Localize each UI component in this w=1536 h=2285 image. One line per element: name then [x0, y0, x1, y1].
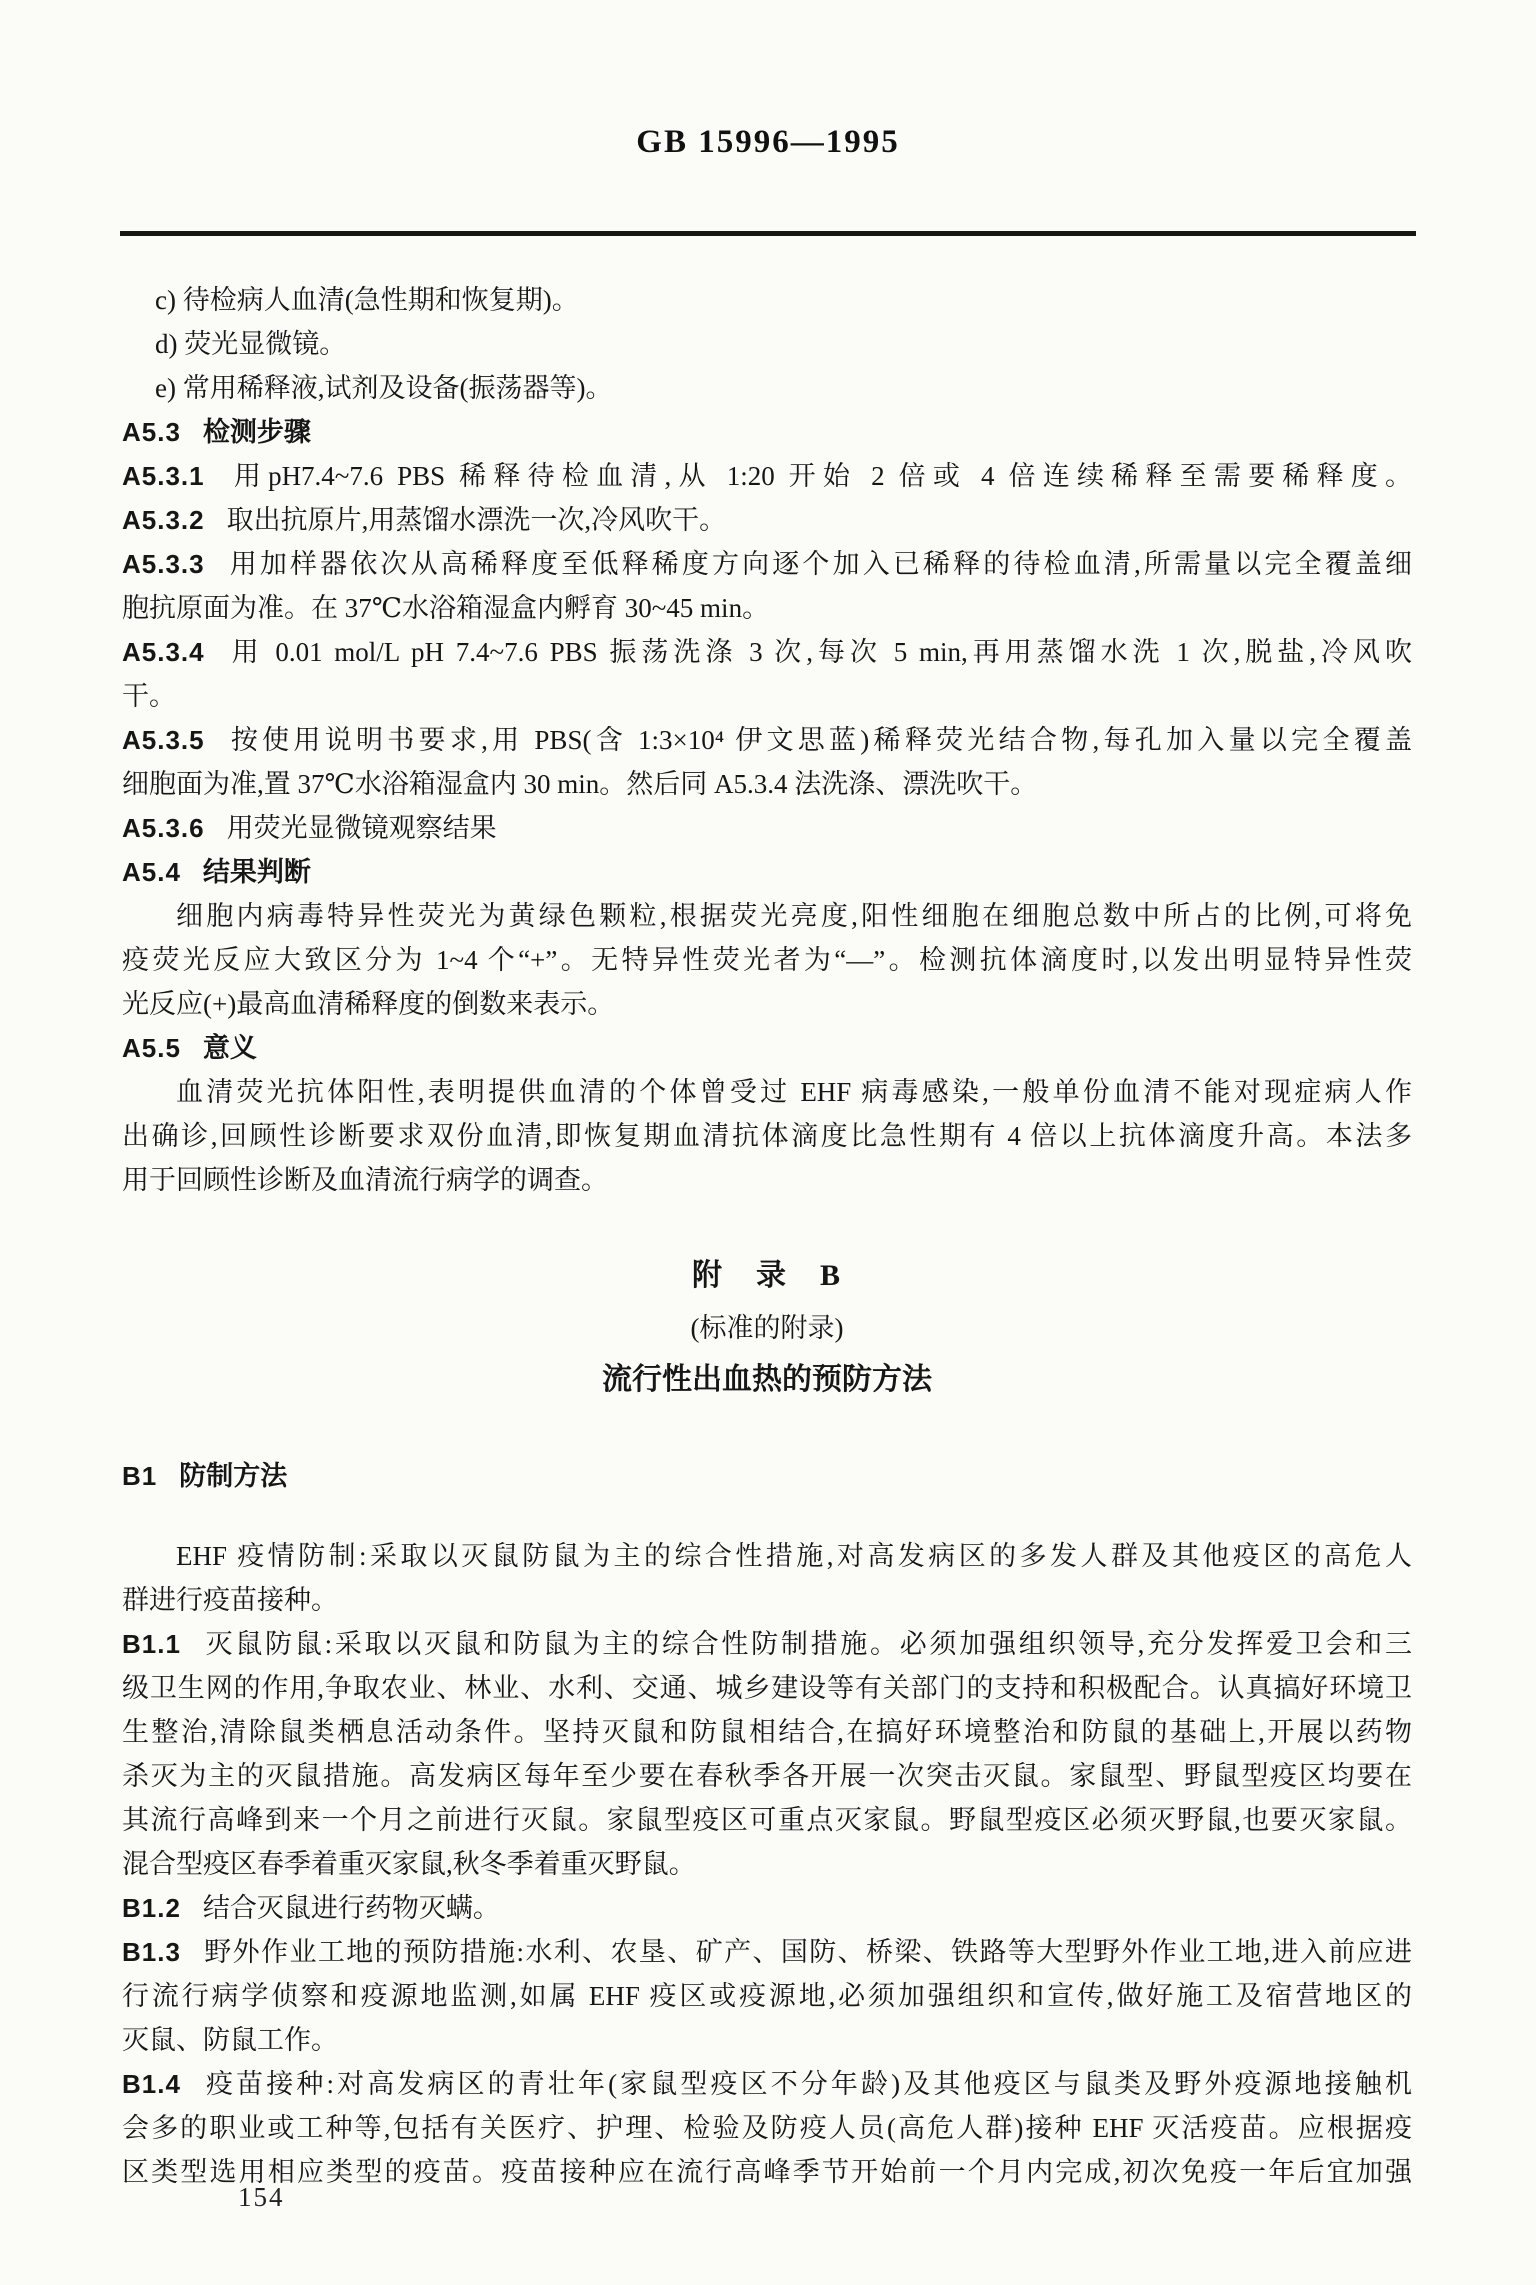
section-text: 意义: [203, 1033, 257, 1063]
text-line: 行流行病学侦察和疫源地监测,如属 EHF 疫区或疫源地,必须加强组织和宣传,做好…: [122, 1974, 1412, 2018]
section-number: A5.3.2: [122, 505, 205, 535]
section-heading: A5.5意义: [122, 1026, 1412, 1070]
text-line: 细胞内病毒特异性荧光为黄绿色颗粒,根据荧光亮度,阳性细胞在细胞总数中所占的比例,…: [122, 894, 1412, 938]
text-line: 干。: [122, 674, 1412, 718]
document-page: GB 15996—1995 c) 待检病人血清(急性期和恢复期)。d) 荧光显微…: [0, 0, 1536, 2285]
section-text: 结合灭鼠进行药物灭螨。: [203, 1893, 500, 1923]
text-line: e) 常用稀释液,试剂及设备(振荡器等)。: [122, 366, 1412, 410]
text-line: B1.1灭鼠防鼠:采取以灭鼠和防鼠为主的综合性防制措施。必须加强组织领导,充分发…: [122, 1622, 1412, 1666]
page-number: 154: [238, 2182, 285, 2213]
text-line: A5.3.2取出抗原片,用蒸馏水漂洗一次,冷风吹干。: [122, 498, 1412, 542]
text-line: 疫荧光反应大致区分为 1~4 个“+”。无特异性荧光者为“—”。检测抗体滴度时,…: [122, 938, 1412, 982]
text-line: d) 荧光显微镜。: [122, 322, 1412, 366]
text-line: 杀灭为主的灭鼠措施。高发病区每年至少要在春秋季各开展一次突击灭鼠。家鼠型、野鼠型…: [122, 1754, 1412, 1798]
text-line: B1.4疫苗接种:对高发病区的青壮年(家鼠型疫区不分年龄)及其他疫区与鼠类及野外…: [122, 2062, 1412, 2106]
section-number: A5.3.3: [122, 549, 205, 579]
text-line: A5.3.1用pH7.4~7.6 PBS 稀释待检血清,从 1:20 开始 2 …: [122, 454, 1412, 498]
section-text: 野外作业工地的预防措施:水利、农垦、矿产、国防、桥梁、铁路等大型野外作业工地,进…: [203, 1937, 1412, 1967]
section-number: B1.1: [122, 1629, 181, 1659]
section-number: A5.4: [122, 857, 181, 887]
text-line: B1.3野外作业工地的预防措施:水利、农垦、矿产、国防、桥梁、铁路等大型野外作业…: [122, 1930, 1412, 1974]
section-heading: B1防制方法: [122, 1454, 1412, 1498]
section-number: A5.5: [122, 1033, 181, 1063]
section-number: A5.3.5: [122, 725, 205, 755]
text-line: 附 录 B: [122, 1250, 1412, 1302]
section-text: 防制方法: [179, 1461, 287, 1491]
text-line: 胞抗原面为准。在 37℃水浴箱湿盒内孵育 30~45 min。: [122, 586, 1412, 630]
text-line: 级卫生网的作用,争取农业、林业、水利、交通、城乡建设等有关部门的支持和积极配合。…: [122, 1666, 1412, 1710]
text-line: A5.3.4用 0.01 mol/L pH 7.4~7.6 PBS 振荡洗涤 3…: [122, 630, 1412, 674]
section-text: 取出抗原片,用蒸馏水漂洗一次,冷风吹干。: [227, 505, 727, 535]
text-line: A5.3.3用加样器依次从高稀释度至低释稀度方向逐个加入已稀释的待检血清,所需量…: [122, 542, 1412, 586]
section-text: 疫苗接种:对高发病区的青壮年(家鼠型疫区不分年龄)及其他疫区与鼠类及野外疫源地接…: [203, 2069, 1412, 2099]
section-number: B1.2: [122, 1893, 181, 1923]
section-number: A5.3.6: [122, 813, 205, 843]
text-line: A5.3.5按使用说明书要求,用 PBS(含 1:3×10⁴ 伊文思蓝)稀释荧光…: [122, 718, 1412, 762]
header-rule: [120, 231, 1416, 236]
text-line: 用于回顾性诊断及血清流行病学的调查。: [122, 1158, 1412, 1202]
section-text: 按使用说明书要求,用 PBS(含 1:3×10⁴ 伊文思蓝)稀释荧光结合物,每孔…: [227, 725, 1412, 755]
text-line: 血清荧光抗体阳性,表明提供血清的个体曾受过 EHF 病毒感染,一般单份血清不能对…: [122, 1070, 1412, 1114]
section-number: A5.3: [122, 417, 181, 447]
text-line: (标准的附录): [122, 1302, 1412, 1354]
document-lines: c) 待检病人血清(急性期和恢复期)。d) 荧光显微镜。e) 常用稀释液,试剂及…: [122, 278, 1412, 2194]
section-text: 灭鼠防鼠:采取以灭鼠和防鼠为主的综合性防制措施。必须加强组织领导,充分发挥爱卫会…: [203, 1629, 1412, 1659]
text-line: 出确诊,回顾性诊断要求双份血清,即恢复期血清抗体滴度比急性期有 4 倍以上抗体滴…: [122, 1114, 1412, 1158]
text-line: c) 待检病人血清(急性期和恢复期)。: [122, 278, 1412, 322]
section-number: B1.4: [122, 2069, 181, 2099]
text-line: 区类型选用相应类型的疫苗。疫苗接种应在流行高峰季节开始前一个月内完成,初次免疫一…: [122, 2150, 1412, 2194]
text-line: 混合型疫区春季着重灭家鼠,秋冬季着重灭野鼠。: [122, 1842, 1412, 1886]
text-line: 会多的职业或工种等,包括有关医疗、护理、检验及防疫人员(高危人群)接种 EHF …: [122, 2106, 1412, 2150]
text-line: EHF 疫情防制:采取以灭鼠防鼠为主的综合性措施,对高发病区的多发人群及其他疫区…: [122, 1534, 1412, 1578]
section-text: 检测步骤: [203, 417, 311, 447]
text-line: 光反应(+)最高血清稀释度的倒数来表示。: [122, 982, 1412, 1026]
text-line: 生整治,清除鼠类栖息活动条件。坚持灭鼠和防鼠相结合,在搞好环境整治和防鼠的基础上…: [122, 1710, 1412, 1754]
section-text: 用加样器依次从高稀释度至低释稀度方向逐个加入已稀释的待检血清,所需量以完全覆盖细: [227, 549, 1412, 579]
text-line: 灭鼠、防鼠工作。: [122, 2018, 1412, 2062]
text-line: 其流行高峰到来一个月之前进行灭鼠。家鼠型疫区可重点灭家鼠。野鼠型疫区必须灭野鼠,…: [122, 1798, 1412, 1842]
text-line: A5.3.6用荧光显微镜观察结果: [122, 806, 1412, 850]
text-line: B1.2结合灭鼠进行药物灭螨。: [122, 1886, 1412, 1930]
section-number: B1: [122, 1461, 157, 1491]
standard-code-header: GB 15996—1995: [0, 124, 1536, 161]
section-heading: A5.4结果判断: [122, 850, 1412, 894]
section-number: A5.3.1: [122, 461, 205, 491]
text-line: 细胞面为准,置 37℃水浴箱湿盒内 30 min。然后同 A5.3.4 法洗涤、…: [122, 762, 1412, 806]
text-line: 群进行疫苗接种。: [122, 1578, 1412, 1622]
section-text: 用荧光显微镜观察结果: [227, 813, 497, 843]
section-heading: A5.3检测步骤: [122, 410, 1412, 454]
section-number: A5.3.4: [122, 637, 205, 667]
section-text: 用pH7.4~7.6 PBS 稀释待检血清,从 1:20 开始 2 倍或 4 倍…: [227, 461, 1412, 491]
section-number: B1.3: [122, 1937, 181, 1967]
section-text: 结果判断: [203, 857, 311, 887]
section-text: 用 0.01 mol/L pH 7.4~7.6 PBS 振荡洗涤 3 次,每次 …: [227, 637, 1412, 667]
text-line: 流行性出血热的预防方法: [122, 1354, 1412, 1406]
